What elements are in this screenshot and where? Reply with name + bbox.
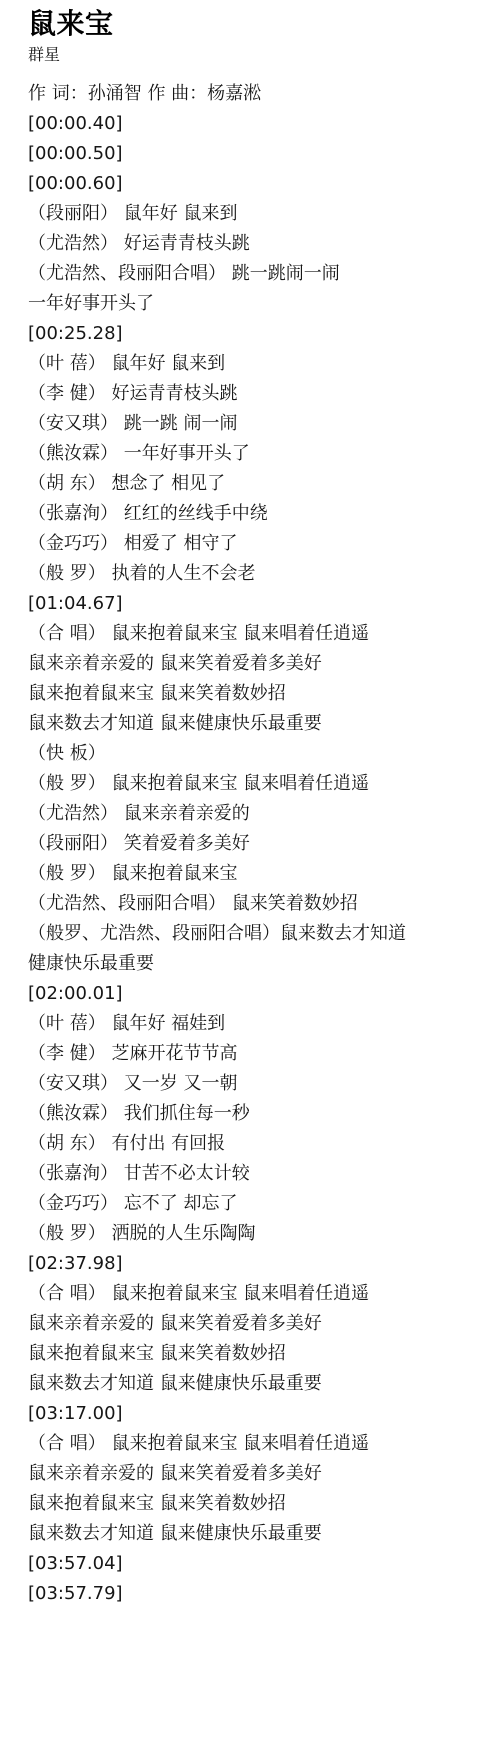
lyric-line: [03:57.79] (28, 1579, 482, 1609)
lyric-line: （李 健） 好运青青枝头跳 (28, 379, 482, 409)
lyric-line: 鼠来抱着鼠来宝 鼠来笑着数妙招 (28, 1339, 482, 1369)
lyric-line: 鼠来数去才知道 鼠来健康快乐最重要 (28, 709, 482, 739)
song-title: 鼠来宝 (28, 6, 482, 42)
lyric-line: （合 唱） 鼠来抱着鼠来宝 鼠来唱着任逍遥 (28, 619, 482, 649)
lyric-line: （安又琪） 又一岁 又一朝 (28, 1069, 482, 1099)
lyric-line: （般 罗） 鼠来抱着鼠来宝 鼠来唱着任逍遥 (28, 769, 482, 799)
lyric-line: （般 罗） 洒脱的人生乐陶陶 (28, 1219, 482, 1249)
lyric-line: （胡 东） 想念了 相见了 (28, 469, 482, 499)
lyric-line: （熊汝霖） 一年好事开头了 (28, 439, 482, 469)
lyric-line: （尤浩然） 好运青青枝头跳 (28, 229, 482, 259)
lyric-line: [00:00.40] (28, 109, 482, 139)
lyric-line: [01:04.67] (28, 589, 482, 619)
lyric-lines: [00:00.40][00:00.50][00:00.60]（段丽阳） 鼠年好 … (28, 109, 482, 1609)
lyric-line: （尤浩然、段丽阳合唱） 跳一跳闹一闹 (28, 259, 482, 289)
lyric-line: [00:00.50] (28, 139, 482, 169)
lyric-line: [00:25.28] (28, 319, 482, 349)
lyric-line: [00:00.60] (28, 169, 482, 199)
lyric-line: （张嘉洵） 红红的丝线手中绕 (28, 499, 482, 529)
lyric-line: 健康快乐最重要 (28, 949, 482, 979)
lyric-line: （般 罗） 执着的人生不会老 (28, 559, 482, 589)
lyric-line: （尤浩然） 鼠来亲着亲爱的 (28, 799, 482, 829)
lyric-line: 鼠来抱着鼠来宝 鼠来笑着数妙招 (28, 679, 482, 709)
lyric-line: （安又琪） 跳一跳 闹一闹 (28, 409, 482, 439)
credits-line: 作 词：孙涌智 作 曲：杨嘉淞 (28, 79, 482, 109)
lyric-line: 鼠来抱着鼠来宝 鼠来笑着数妙招 (28, 1489, 482, 1519)
artist-name: 群星 (28, 44, 482, 66)
lyric-line: （胡 东） 有付出 有回报 (28, 1129, 482, 1159)
lyric-line: （般罗、尤浩然、段丽阳合唱）鼠来数去才知道 (28, 919, 482, 949)
lyric-line: [03:57.04] (28, 1549, 482, 1579)
lyric-line: （合 唱） 鼠来抱着鼠来宝 鼠来唱着任逍遥 (28, 1429, 482, 1459)
lyric-line: （般 罗） 鼠来抱着鼠来宝 (28, 859, 482, 889)
lyric-line: （金巧巧） 相爱了 相守了 (28, 529, 482, 559)
lyrics-block: 作 词：孙涌智 作 曲：杨嘉淞 [00:00.40][00:00.50][00:… (28, 79, 482, 1609)
lyrics-page: 鼠来宝 群星 作 词：孙涌智 作 曲：杨嘉淞 [00:00.40][00:00.… (0, 0, 500, 1609)
lyric-line: [03:17.00] (28, 1399, 482, 1429)
lyric-line: （合 唱） 鼠来抱着鼠来宝 鼠来唱着任逍遥 (28, 1279, 482, 1309)
lyric-line: 鼠来亲着亲爱的 鼠来笑着爱着多美好 (28, 1309, 482, 1339)
lyric-line: 鼠来亲着亲爱的 鼠来笑着爱着多美好 (28, 1459, 482, 1489)
lyric-line: （熊汝霖） 我们抓住每一秒 (28, 1099, 482, 1129)
lyric-line: （张嘉洵） 甘苦不必太计较 (28, 1159, 482, 1189)
lyric-line: （段丽阳） 鼠年好 鼠来到 (28, 199, 482, 229)
lyric-line: 鼠来亲着亲爱的 鼠来笑着爱着多美好 (28, 649, 482, 679)
lyric-line: 一年好事开头了 (28, 289, 482, 319)
lyric-line: [02:00.01] (28, 979, 482, 1009)
lyric-line: （段丽阳） 笑着爱着多美好 (28, 829, 482, 859)
lyric-line: [02:37.98] (28, 1249, 482, 1279)
lyric-line: （李 健） 芝麻开花节节高 (28, 1039, 482, 1069)
lyric-line: （快 板） (28, 739, 482, 769)
lyric-line: （叶 蓓） 鼠年好 福娃到 (28, 1009, 482, 1039)
lyric-line: 鼠来数去才知道 鼠来健康快乐最重要 (28, 1369, 482, 1399)
lyric-line: （金巧巧） 忘不了 却忘了 (28, 1189, 482, 1219)
lyric-line: （叶 蓓） 鼠年好 鼠来到 (28, 349, 482, 379)
lyric-line: （尤浩然、段丽阳合唱） 鼠来笑着数妙招 (28, 889, 482, 919)
lyric-line: 鼠来数去才知道 鼠来健康快乐最重要 (28, 1519, 482, 1549)
